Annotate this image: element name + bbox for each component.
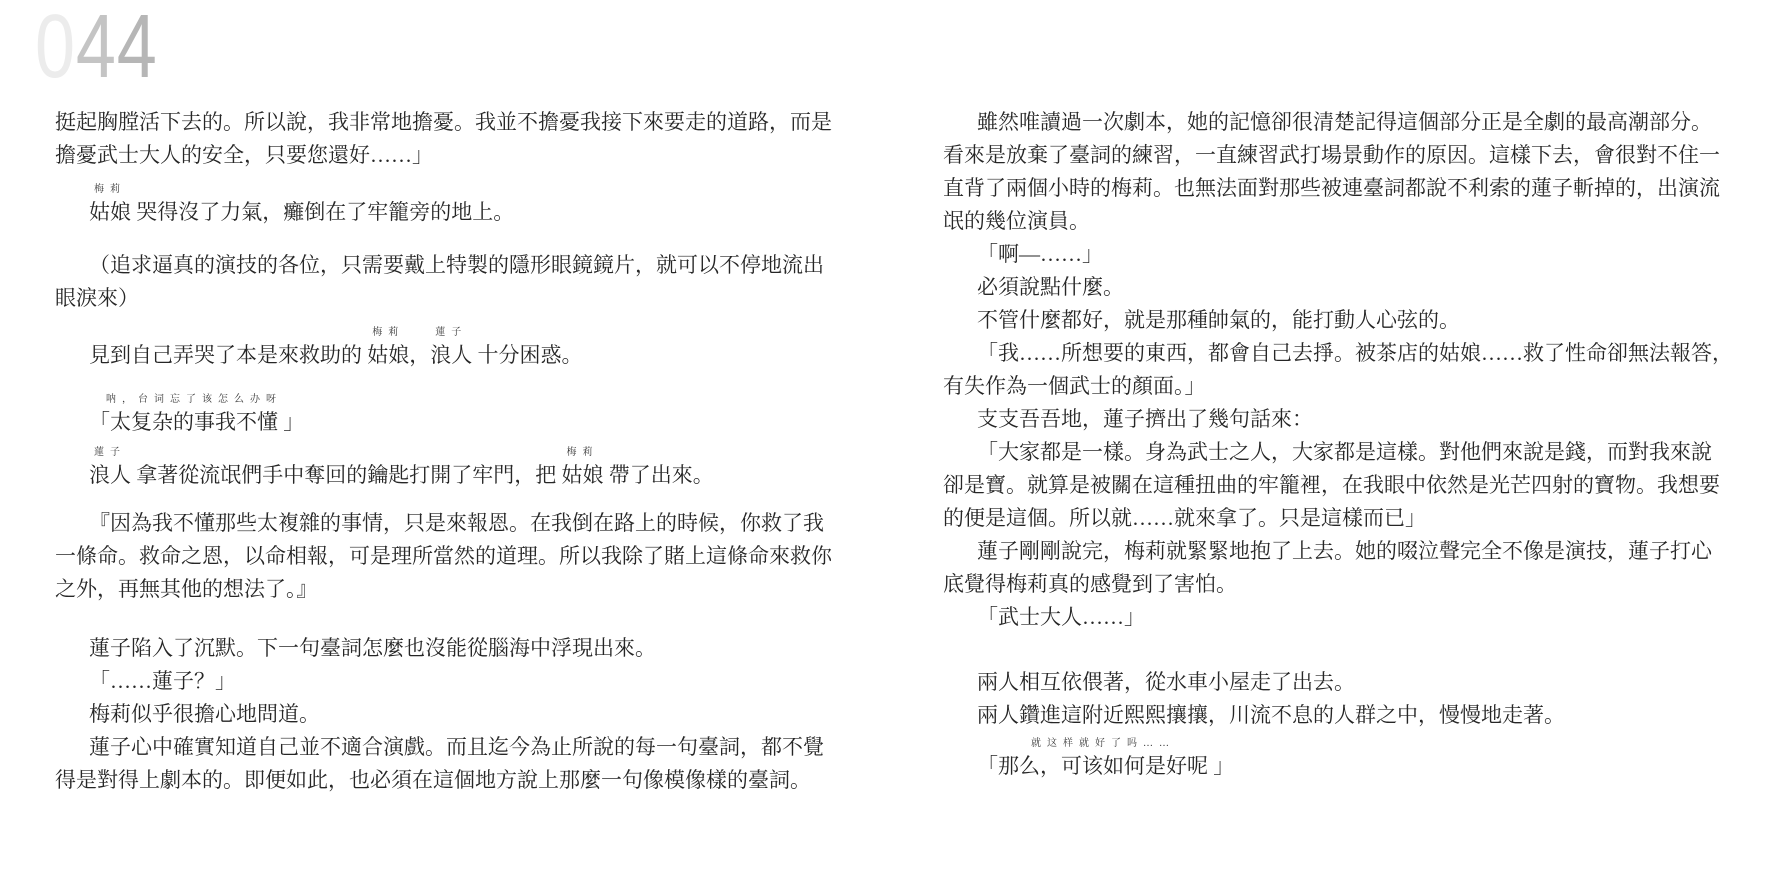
ruby-annotated-text: 梅莉姑娘 — [89, 196, 131, 229]
text-line: 「就这样就好了吗……那么，可该如何是好呢 」 — [943, 750, 1733, 783]
text-line: 蓮子剛剛說完，梅莉就緊緊地抱了上去。她的啜泣聲完全不像是演技，蓮子打心 — [943, 535, 1733, 568]
text-line: 底覺得梅莉真的感覺到了害怕。 — [943, 568, 1733, 601]
ruby-text: 呐，台词忘了该怎么办呀 — [106, 395, 282, 405]
right-page: 雖然唯讀過一次劇本，她的記憶卻很清楚記得這個部分正是全劇的最高潮部分。看來是放棄… — [943, 106, 1733, 783]
text-line: 有失作為一個武士的顏面。」 — [943, 370, 1733, 403]
page-number: 044 — [35, 2, 158, 92]
paragraph-block: 雖然唯讀過一次劇本，她的記憶卻很清楚記得這個部分正是全劇的最高潮部分。看來是放棄… — [943, 106, 1733, 238]
paragraph-block: （追求逼真的演技的各位，只需要戴上特製的隱形眼鏡鏡片，就可以不停地流出眼淚來） — [55, 249, 845, 315]
text-line: 兩人相互依偎著，從水車小屋走了出去。 — [943, 666, 1733, 699]
paragraph-block: 「呐，台词忘了该怎么办呀太复杂的事我不懂 」 — [55, 406, 845, 439]
paragraph-block: 『因為我不懂那些太複雜的事情，只是來報恩。在我倒在路上的時候，你救了我一條命。救… — [55, 507, 845, 606]
page-number-digit: 0 — [35, 2, 76, 92]
text-line: 『因為我不懂那些太複雜的事情，只是來報恩。在我倒在路上的時候，你救了我 — [55, 507, 845, 540]
text-line: 「啊—……」 — [943, 238, 1733, 271]
text-line: 不管什麼都好，就是那種帥氣的，能打動人心弦的。 — [943, 304, 1733, 337]
text-line: 得是對得上劇本的。即便如此，也必須在這個地方說上那麼一句像模像樣的臺詞。 — [55, 764, 845, 797]
text-line: 的便是這個。所以就……就來拿了。只是這樣而已」 — [943, 502, 1733, 535]
text-line: 蓮子心中確實知道自己並不適合演戲。而且迄今為止所說的每一句臺詞，都不覺 — [55, 731, 845, 764]
text-line: 「武士大人……」 — [943, 601, 1733, 634]
text-line: 看來是放棄了臺詞的練習，一直練習武打場景動作的原因。這樣下去，會很對不住一 — [943, 139, 1733, 172]
ruby-annotated-text: 梅莉姑娘 — [367, 339, 409, 372]
paragraph-block: 蓮子浪人 拿著從流氓們手中奪回的鑰匙打開了牢門，把 梅莉姑娘 帶了出來。 — [55, 459, 845, 492]
paragraph-block: 蓮子陷入了沉默。下一句臺詞怎麼也沒能從腦海中浮現出來。 — [55, 632, 845, 665]
ruby-text: 梅莉 — [567, 448, 599, 458]
ruby-annotated-text: 梅莉姑娘 — [562, 459, 604, 492]
paragraph-block: 兩人相互依偎著，從水車小屋走了出去。 — [943, 666, 1733, 699]
text-line: 擔憂武士大人的安全，只要您還好……」 — [55, 139, 845, 172]
paragraph-block: 蓮子剛剛說完，梅莉就緊緊地抱了上去。她的啜泣聲完全不像是演技，蓮子打心底覺得梅莉… — [943, 535, 1733, 601]
text-line: 蓮子浪人 拿著從流氓們手中奪回的鑰匙打開了牢門，把 梅莉姑娘 帶了出來。 — [55, 459, 845, 492]
paragraph-block: 支支吾吾地，蓮子擠出了幾句話來： — [943, 403, 1733, 436]
paragraph-block: 梅莉似乎很擔心地問道。 — [55, 698, 845, 731]
ruby-text: 梅莉 — [372, 328, 404, 338]
paragraph-block: 「就这样就好了吗……那么，可该如何是好呢 」 — [943, 750, 1733, 783]
left-page: 挺起胸膛活下去的。所以說，我非常地擔憂。我並不擔憂我接下來要走的道路，而是擔憂武… — [55, 106, 845, 797]
text-line: 眼淚來） — [55, 282, 845, 315]
text-line: 蓮子陷入了沉默。下一句臺詞怎麼也沒能從腦海中浮現出來。 — [55, 632, 845, 665]
paragraph-block: 梅莉姑娘 哭得沒了力氣，癱倒在了牢籠旁的地上。 — [55, 196, 845, 229]
page-number-digit: 4 — [76, 2, 117, 92]
text-line: 「我……所想要的東西，都會自己去掙。被茶店的姑娘……救了性命卻無法報答， — [943, 337, 1733, 370]
book-spread: 044 挺起胸膛活下去的。所以說，我非常地擔憂。我並不擔憂我接下來要走的道路，而… — [0, 0, 1772, 886]
ruby-text: 蓮子 — [94, 448, 126, 458]
ruby-text: 蓮子 — [435, 328, 467, 338]
ruby-annotated-text: 蓮子浪人 — [430, 339, 472, 372]
page-number-digit: 4 — [117, 2, 158, 92]
paragraph-block: 見到自己弄哭了本是來救助的 梅莉姑娘，蓮子浪人 十分困惑。 — [55, 339, 845, 372]
paragraph-block: 「……蓮子？」 — [55, 665, 845, 698]
ruby-annotated-text: 呐，台词忘了该怎么办呀太复杂的事我不懂 — [110, 406, 278, 439]
text-line: （追求逼真的演技的各位，只需要戴上特製的隱形眼鏡鏡片，就可以不停地流出 — [55, 249, 845, 282]
paragraph-block: 「大家都是一樣。身為武士之人，大家都是這樣。對他們來說是錢，而對我來說卻是寶。就… — [943, 436, 1733, 535]
text-line: 兩人鑽進這附近熙熙攘攘，川流不息的人群之中，慢慢地走著。 — [943, 699, 1733, 732]
text-line: 氓的幾位演員。 — [943, 205, 1733, 238]
text-line: 梅莉似乎很擔心地問道。 — [55, 698, 845, 731]
ruby-annotated-text: 蓮子浪人 — [89, 459, 131, 492]
paragraph-block: 兩人鑽進這附近熙熙攘攘，川流不息的人群之中，慢慢地走著。 — [943, 699, 1733, 732]
text-line: 雖然唯讀過一次劇本，她的記憶卻很清楚記得這個部分正是全劇的最高潮部分。 — [943, 106, 1733, 139]
ruby-text: 就这样就好了吗…… — [1031, 739, 1175, 749]
text-line: 直背了兩個小時的梅莉。也無法面對那些被連臺詞都說不利索的蓮子斬掉的，出演流 — [943, 172, 1733, 205]
paragraph-block: 不管什麼都好，就是那種帥氣的，能打動人心弦的。 — [943, 304, 1733, 337]
text-line: 「呐，台词忘了该怎么办呀太复杂的事我不懂 」 — [55, 406, 845, 439]
paragraph-block: 「武士大人……」 — [943, 601, 1733, 634]
text-line: 之外，再無其他的想法了。』 — [55, 573, 845, 606]
text-line: 支支吾吾地，蓮子擠出了幾句話來： — [943, 403, 1733, 436]
paragraph-block: 挺起胸膛活下去的。所以說，我非常地擔憂。我並不擔憂我接下來要走的道路，而是擔憂武… — [55, 106, 845, 172]
text-line: 梅莉姑娘 哭得沒了力氣，癱倒在了牢籠旁的地上。 — [55, 196, 845, 229]
text-line: 卻是寶。就算是被關在這種扭曲的牢籠裡，在我眼中依然是光芒四射的寶物。我想要 — [943, 469, 1733, 502]
text-line: 見到自己弄哭了本是來救助的 梅莉姑娘，蓮子浪人 十分困惑。 — [55, 339, 845, 372]
paragraph-block: 「啊—……」 — [943, 238, 1733, 271]
paragraph-block: 必須說點什麼。 — [943, 271, 1733, 304]
text-line: 「大家都是一樣。身為武士之人，大家都是這樣。對他們來說是錢，而對我來說 — [943, 436, 1733, 469]
ruby-annotated-text: 就这样就好了吗……那么，可该如何是好呢 — [998, 750, 1208, 783]
text-line: 必須說點什麼。 — [943, 271, 1733, 304]
text-line: 挺起胸膛活下去的。所以說，我非常地擔憂。我並不擔憂我接下來要走的道路，而是 — [55, 106, 845, 139]
ruby-text: 梅莉 — [94, 185, 126, 195]
paragraph-block: 「我……所想要的東西，都會自己去掙。被茶店的姑娘……救了性命卻無法報答，有失作為… — [943, 337, 1733, 403]
paragraph-block: 蓮子心中確實知道自己並不適合演戲。而且迄今為止所說的每一句臺詞，都不覺得是對得上… — [55, 731, 845, 797]
text-line: 一條命。救命之恩，以命相報，可是理所當然的道理。所以我除了賭上這條命來救你 — [55, 540, 845, 573]
text-line: 「……蓮子？」 — [55, 665, 845, 698]
